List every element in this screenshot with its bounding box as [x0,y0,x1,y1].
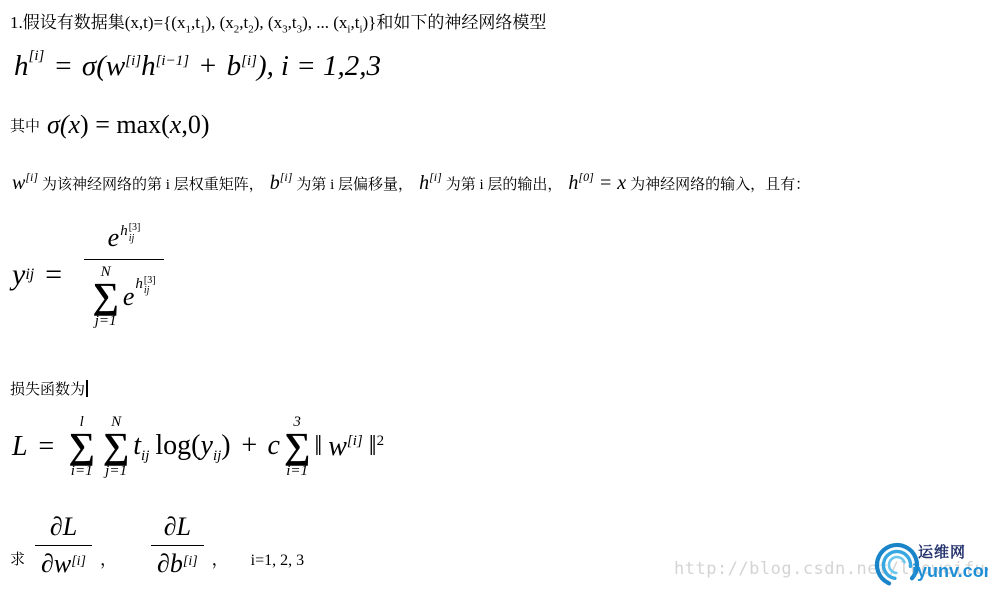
math-subscript: ij [141,448,149,464]
math-token: ,0) [181,110,209,139]
math-superscript: 2 [377,433,385,449]
sigma-sum-icon: ∑ [68,430,94,464]
text-run: ), (x [205,13,233,32]
formula-hidden-layer: h[i]=σ(w[i]h[i−1]+b[i]),i = 1,2,3 [14,48,381,83]
formula-softmax: yij = eh[3]ij N∑j=1 eh[3]ij [12,220,164,329]
text-run: 为第 i 层的输出， [446,177,563,193]
punctuation: ， [92,545,123,579]
text-run: ,t [239,13,248,32]
loss-function-label: 损失函数为 [10,378,88,399]
document-page: { "line1": { "p1": "1.假设有数据集(x,t)={(x", … [0,0,988,594]
math-superscript: [i−1] [156,53,189,69]
fraction: ∂L ∂b[i] [151,512,204,579]
math-token: + [240,430,259,461]
math-group: L= [12,431,64,463]
math-token: i = 1,2,3 [281,50,381,82]
math-token: w [12,172,25,194]
sum-lower-limit: j=1 [105,464,127,479]
math-token: + [198,50,218,82]
math-subsup: [3]ij [144,276,156,297]
math-token: log( [155,430,200,461]
sum-lower-limit: i=1 [71,464,93,479]
text-run: ,t [288,13,297,32]
fraction-numerator: eh[3]ij [98,220,151,259]
math-superscript: [i] [29,48,45,64]
math-token: i=1, 2, 3 [251,552,304,579]
text-cursor [86,380,88,397]
formula-relu: σ(x) = max(x,0) [47,110,210,140]
math-superscript: [i] [183,554,198,569]
fraction-denominator: ∂b[i] [151,546,204,579]
math-superscript: [i] [25,170,38,184]
math-exponent: h[3]ij [120,223,140,244]
math-token: = [53,50,73,82]
math-superscript: [i] [125,53,141,69]
fraction: eh[3]ij N∑j=1 eh[3]ij [84,220,163,329]
math-token: b [270,172,280,194]
math-token: ) = max( [80,110,170,139]
math-token: c [268,430,280,461]
text-label: 其中 [10,115,40,140]
sum-lower-limit: j=1 [95,314,117,329]
math-token: h [135,276,143,297]
math-token: ∂b [157,549,183,578]
math-superscript: [0] [578,170,593,184]
summation: N∑j=1 [103,415,129,479]
math-token: y [12,258,25,292]
math-superscript: [i] [347,433,363,449]
math-group: tijlog(yij)+c [133,430,280,465]
math-token: L [12,431,28,462]
text-run: 为该神经网络的第 i 层权重矩阵， [42,177,264,193]
fraction-denominator: N∑j=1 eh[3]ij [84,260,163,329]
logo-arc-inner [888,556,905,573]
math-token: y [201,430,213,461]
formula-partial-derivatives: 求 ∂L ∂w[i] ， ∂L ∂b[i] ， i=1, 2, 3 [10,512,304,579]
text-run: ,t [191,13,200,32]
math-exponent: h[3]ij [135,276,155,297]
math-token: = x [599,172,626,194]
logo-brand-text: 运维网 [918,541,966,562]
math-superscript: [i] [71,554,86,569]
sigma-sum-icon: ∑ [92,280,118,314]
text-run: )}和如下的神经网络模型 [363,13,547,32]
sigma-sum-icon: ∑ [103,430,129,464]
math-token: e [123,282,135,312]
math-token: h [14,50,29,82]
math-token: σ( [47,110,68,139]
definitions-paragraph: w[i]为该神经网络的第 i 层权重矩阵，b[i]为第 i 层偏移量，h[i]为… [12,170,816,195]
sum-lower-limit: i=1 [286,464,308,479]
math-token: σ( [82,50,106,82]
summation: N∑j=1 [92,265,118,329]
punctuation: ， [204,545,235,579]
math-token: x [69,110,81,139]
summation: l∑i=1 [68,415,94,479]
text-run: ), ... (x [302,13,347,32]
math-superscript: [3] [129,223,141,234]
inline-math: w[i] [12,172,38,194]
math-subscript: ij [144,286,156,297]
math-superscript: [i] [429,170,442,184]
inline-math: h[i] [419,172,442,194]
text-label: 求 [10,548,25,579]
math-token: w [328,431,347,462]
math-superscript: [i] [241,53,257,69]
activation-definition-line: 其中 σ(x) = max(x,0) [10,110,210,140]
math-token: = [37,431,56,462]
math-token: t [133,430,141,461]
math-superscript: [i] [280,170,293,184]
sigma-sum-icon: ∑ [284,430,310,464]
fraction: ∂L ∂w[i] [35,512,92,579]
text-run: ), (x [254,13,282,32]
math-token: x [170,110,182,139]
text-run: 为神经网络的输入，且有： [630,177,810,193]
text-run: 损失函数为 [10,382,85,398]
math-token: b [227,50,242,82]
math-token: ) [221,430,230,461]
math-subscript: ij [25,266,34,284]
math-token: = [43,258,63,292]
text-run: 1.假设有数据集(x,t)={(x [10,13,185,32]
problem-statement-line: 1.假设有数据集(x,t)={(x1,t1), (x2,t2), (x3,t3)… [10,8,546,35]
math-token: w [106,50,125,82]
summation: 3∑i=1 [284,415,310,479]
formula-loss: L= l∑i=1 N∑j=1 tijlog(yij)+c 3∑i=1 ‖w[i]… [12,415,384,479]
math-token: h [141,50,156,82]
norm-bar: ‖ [314,431,322,462]
math-token: e [108,223,120,252]
norm-bar: ‖ [369,431,377,462]
inline-math: h[0] = x [568,172,626,194]
logo-domain-text: iyunv.com [912,561,988,582]
math-token: h [568,172,578,194]
math-token: ∂w [41,549,71,578]
logo-arc-mid [881,549,912,580]
inline-math: b[i] [270,172,293,194]
math-token: h [120,223,128,244]
fraction-numerator: ∂L [40,512,87,545]
text-run: 为第 i 层偏移量， [296,177,413,193]
math-group: ‖w[i]‖2 [314,431,384,463]
fraction-numerator: ∂L [154,512,201,545]
math-token: h [419,172,429,194]
iyunv-logo: 运维网 iyunv.com [872,537,986,592]
math-token: ), [257,50,274,82]
math-subsup: [3]ij [129,223,141,244]
fraction-denominator: ∂w[i] [35,546,92,579]
math-subscript: ij [129,234,141,245]
